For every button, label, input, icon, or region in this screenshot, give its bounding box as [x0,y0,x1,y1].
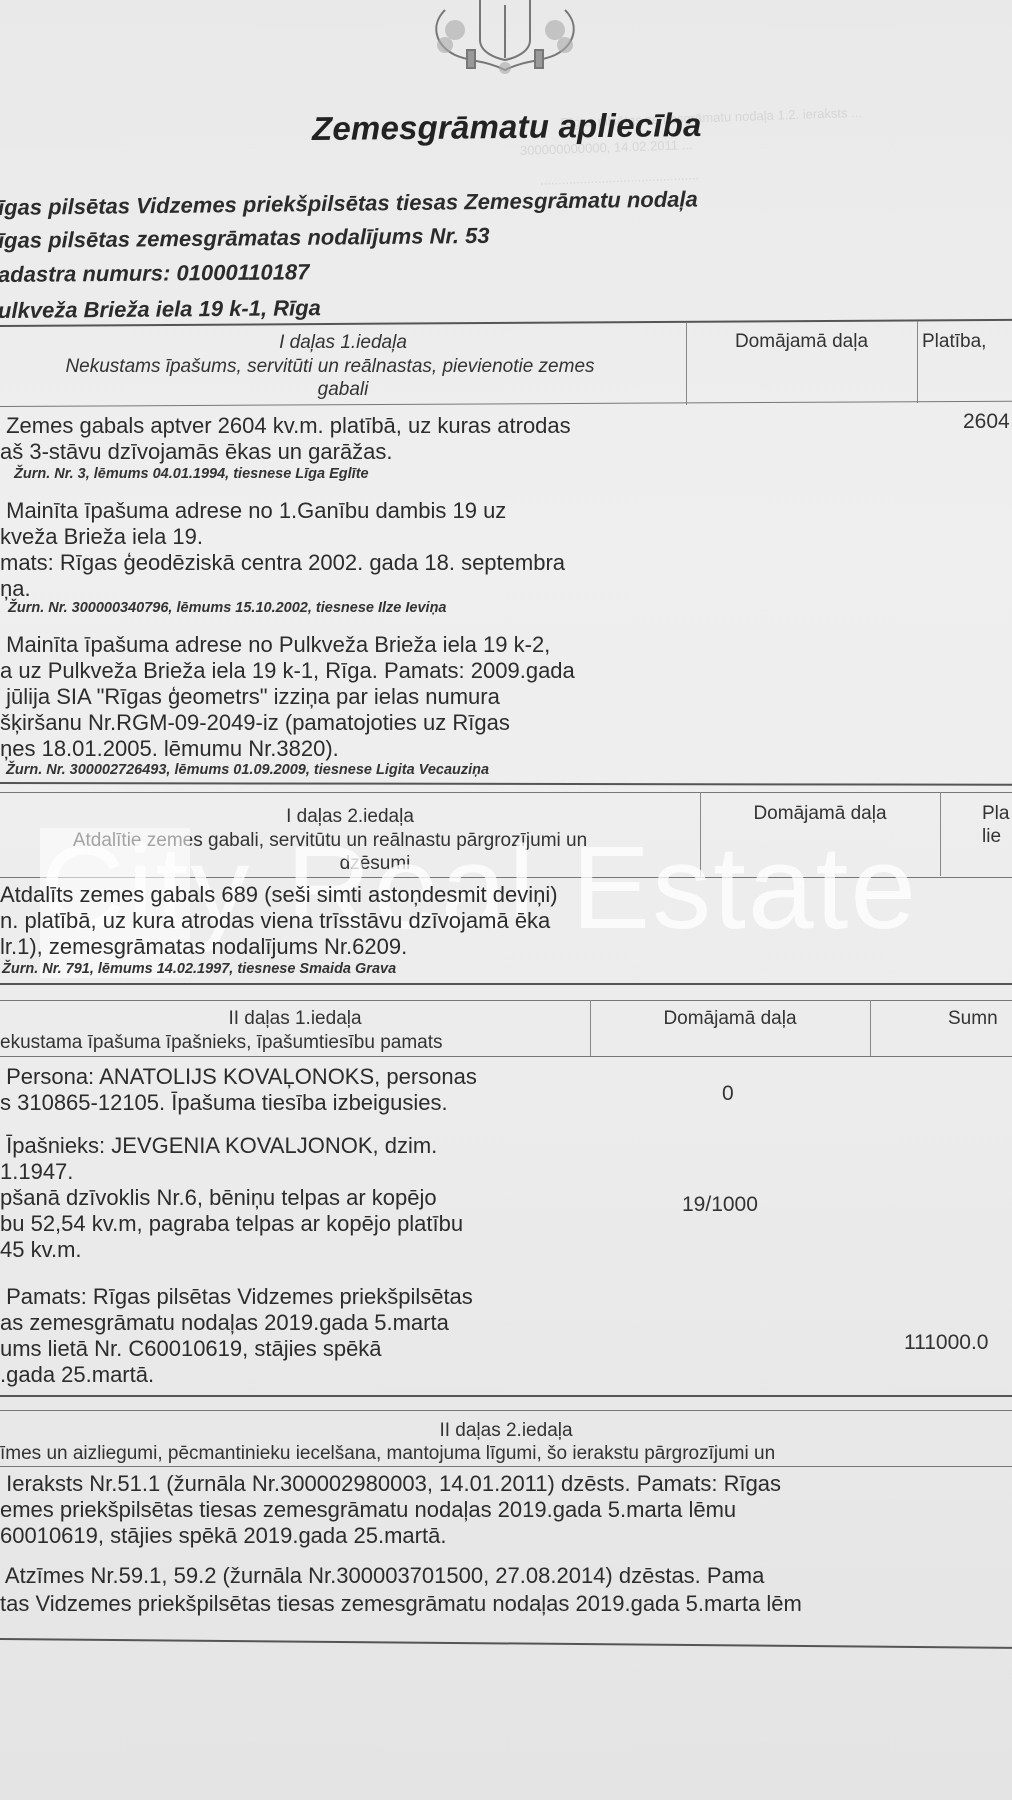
table-border [0,983,1012,985]
column-header-area: Platība, [922,330,986,353]
sum-value: 111000.0 [904,1331,988,1355]
journal-reference: Žurn. Nr. 3, lēmums 04.01.1994, tiesnese… [14,466,369,482]
column-divider [917,321,918,403]
registry-number: īgas pilsētas zemesgrāmatas nodalījums N… [0,223,490,254]
table-border [0,782,1012,786]
table-border [0,1638,1012,1649]
share-value: 19/1000 [682,1193,758,1217]
cadastre-number: adastra numurs: 01000110187 [0,259,310,288]
column-divider [940,792,941,876]
table-border [0,1000,1012,1001]
table-border [0,1410,1012,1411]
column-header-sum: Sumn [948,1007,998,1030]
column-header-share: Domājamā daļa [686,330,917,353]
column-divider [870,1000,871,1056]
table-border [0,401,1012,407]
table-border [0,1395,1012,1397]
court-name: īgas pilsētas Vidzemes priekšpilsētas ti… [0,186,698,221]
document-page: Rīgas pilsētas zemesgrāmatu nodaļa 1.2. … [0,0,1012,1800]
journal-reference: Žurn. Nr. 791, lēmums 14.02.1997, tiesne… [2,961,396,977]
table-border [0,792,1012,793]
property-address: ulkveža Brieža iela 19 k-1, Rīga [0,295,321,324]
column-header-share: Domājamā daļa [590,1007,870,1030]
area-value: 2604 [963,410,1010,434]
column-header-area: Pla [982,802,1009,825]
document-title: Zemesgrāmatu apliecība [312,106,702,148]
table-border [0,1466,1012,1467]
share-value: 0 [722,1082,734,1106]
column-header-share: Domājamā daļa [700,802,940,825]
table-border [0,1056,1012,1057]
journal-reference: Žurn. Nr. 300002726493, lēmums 01.09.200… [6,762,489,778]
coat-of-arms-icon [415,0,595,75]
journal-reference: Žurn. Nr. 300000340796, lēmums 15.10.200… [8,600,447,616]
bleed-through-text: ........................................… [540,167,699,188]
